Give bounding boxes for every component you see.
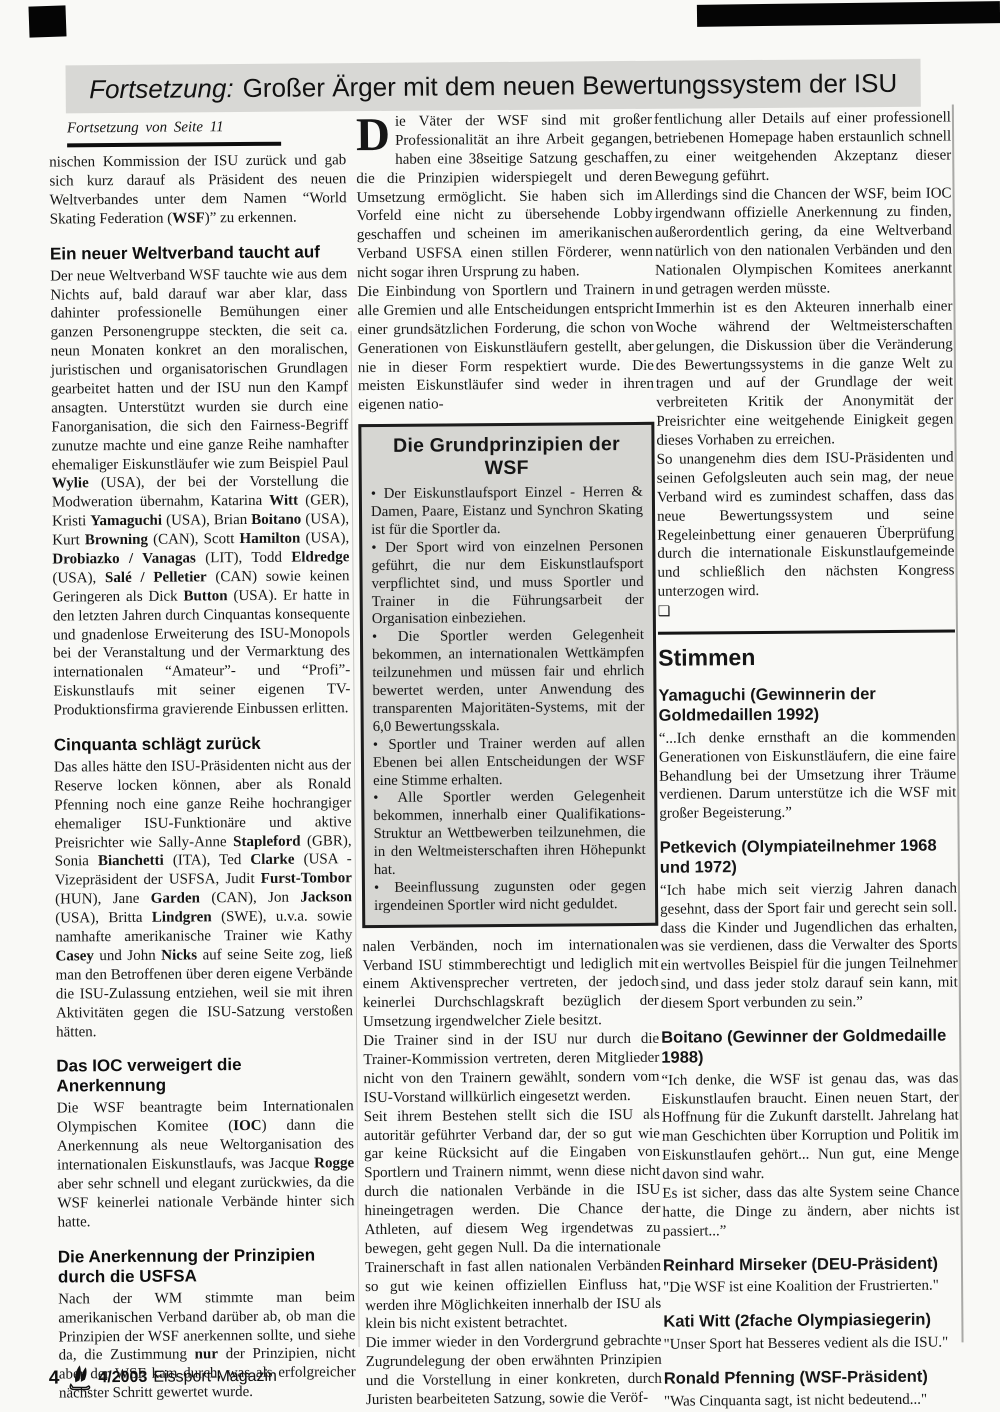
paragraph: “Ich denke, die WSF ist genau das, was d… — [661, 1069, 959, 1185]
paragraph: "Die WSF ist eine Koalition der Frustrie… — [663, 1277, 960, 1298]
stimmen-title: Stimmen — [658, 643, 955, 672]
principles-box-title: Die Grundprinzipien der WSF — [370, 433, 642, 481]
paragraph: Die Trainer sind in der ISU nur durch di… — [363, 1030, 660, 1108]
article-banner: Fortsetzung: Großer Ärger mit dem neuen … — [66, 59, 921, 114]
text-column-1: nischen Kommission der ISU zurück und ga… — [49, 151, 356, 1403]
speaker-heading: Reinhard Mirseker (DEU-Präsident) — [663, 1254, 960, 1276]
section-heading: Ein neuer Weltverband taucht auf — [50, 242, 347, 264]
paragraph: “Ich habe mich seit vierzig Jahren danac… — [660, 879, 958, 1014]
paragraph: Immerhin ist es den Akteuren innerhalb e… — [655, 297, 953, 450]
speaker-heading: Yamaguchi (Gewinnerin der Goldmedaillen … — [658, 685, 955, 727]
magazine-logo-icon — [66, 1364, 90, 1391]
paragraph: nalen Verbänden, noch im internationalen… — [362, 935, 659, 1032]
principles-box-item: • Der Eiskunstlaufsport Einzel - Herren … — [371, 484, 643, 540]
paragraph: Die immer wieder in den Vordergrund gebr… — [365, 1332, 662, 1410]
paragraph: Es ist sicher, dass das alte System sein… — [662, 1182, 959, 1241]
footer-magazine-name: Eissport-Magazin — [153, 1367, 277, 1386]
paragraph: Der neue Weltverband WSF tauchte wie aus… — [50, 265, 351, 721]
section-heading: Das IOC verweigert die Anerkennung — [56, 1055, 353, 1097]
speaker-heading: Boitano (Gewinner der Goldmedaille 1988) — [661, 1026, 958, 1068]
continuation-note: Fortsetzung von Seite 11 — [67, 119, 224, 137]
paragraph: "Was Cinquanta sagt, ist nicht bedeutend… — [664, 1390, 961, 1411]
section-divider-rule — [658, 630, 955, 635]
magazine-page: Fortsetzung: Großer Ärger mit dem neuen … — [0, 0, 1000, 1412]
banner-title: Großer Ärger mit dem neuen Bewertungssys… — [243, 67, 898, 103]
speaker-heading: Kati Witt (2fache Olympiasiegerin) — [663, 1311, 960, 1333]
speaker-heading: Ronald Pfenning (WSF-Präsident) — [664, 1367, 961, 1389]
continuation-rule — [67, 142, 281, 148]
page-content: Fortsetzung: Großer Ärger mit dem neuen … — [0, 0, 1000, 1412]
paragraph: fentlichung aller Details auf einer prof… — [654, 108, 952, 186]
section-heading: Cinquanta schlägt zurück — [54, 733, 351, 755]
text-column-3: fentlichung aller Details auf einer prof… — [654, 108, 961, 1411]
page-number: 4 — [49, 1367, 60, 1389]
paragraph: Das alles hätte den ISU-Präsidenten nich… — [54, 756, 353, 1042]
paragraph: "Unser Sport hat Besseres vedient als di… — [663, 1334, 960, 1355]
drop-cap: D — [356, 113, 395, 155]
principles-box-item: • Alle Sportler werden Gelegenheit bekom… — [373, 788, 646, 880]
principles-box-item: • Die Sportler werden Gelegenheit bekomm… — [372, 627, 645, 736]
paragraph: So unangenehm dies dem ISU-Präsidenten u… — [657, 448, 955, 601]
paragraph: Die WSF beantragte beim Internationalen … — [57, 1098, 355, 1233]
paragraph: Allerdings sind die Chancen der WSF, bei… — [654, 184, 952, 300]
end-of-article-mark: ❑ — [658, 602, 955, 620]
principles-box: Die Grundprinzipien der WSF• Der Eiskuns… — [358, 422, 658, 928]
principles-box-item: • Beeinflussung zugunsten oder gegen irg… — [374, 878, 646, 916]
principles-box-item: • Der Sport wird von einzelnen Personen … — [371, 538, 644, 630]
section-heading: Die Anerkennung der Prinzipien durch die… — [58, 1245, 355, 1287]
text-column-2: Die Väter der WSF sind mit großer Profes… — [356, 111, 662, 1410]
page-footer: 4 4/2003 Eissport-Magazin — [49, 1363, 277, 1392]
banner-prefix: Fortsetzung: — [89, 73, 234, 105]
speaker-heading: Petkevich (Olympiateilnehmer 1968 und 19… — [660, 837, 957, 879]
footer-issue: 4/2003 — [98, 1368, 147, 1386]
paragraph: Die Väter der WSF sind mit großer Profes… — [356, 111, 653, 283]
paragraph: Die Einbindung von Sportlern und Trainer… — [357, 281, 654, 416]
paragraph: Seit ihrem Bestehen stellt sich die ISU … — [364, 1105, 662, 1334]
paragraph: “...Ich denke ernsthaft an die kommenden… — [659, 727, 957, 824]
principles-box-item: • Sportler und Trainer werden auf allen … — [373, 735, 645, 791]
paragraph: nischen Kommission der ISU zurück und ga… — [49, 151, 347, 229]
